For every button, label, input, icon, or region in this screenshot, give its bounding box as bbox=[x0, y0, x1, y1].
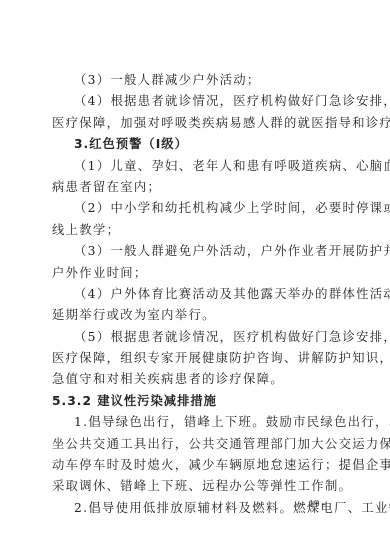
text-line: 1.倡导绿色出行，错峰上下班。鼓励市民绿色出行，尽量乘 bbox=[52, 412, 342, 433]
text-line: 2.倡导使用低排放原辅材料及燃料。燃煤电厂、工业锅炉等 bbox=[52, 498, 342, 519]
text-line: 户外作业时间； bbox=[52, 263, 342, 284]
text-line: （1）儿童、孕妇、老年人和患有呼吸道疾病、心脑血管疾 bbox=[52, 156, 342, 177]
text-line: 动车停车时及时熄火，减少车辆原地怠速运行；提倡企事业单位 bbox=[52, 455, 342, 476]
text-line: （3）一般人群减少户外活动； bbox=[52, 70, 342, 91]
text-line: 坐公共交通工具出行，公共交通管理部门加大公交运力保障；机 bbox=[52, 434, 342, 455]
page-number: - 19 - bbox=[302, 498, 326, 510]
text-line: （4）户外体育比赛活动及其他露天举办的群体性活动停办、 bbox=[52, 284, 342, 305]
text-line: （4）根据患者就诊情况，医疗机构做好门急诊安排，强化 bbox=[52, 91, 342, 112]
text-line: 医疗保障，加强对呼吸类疾病易感人群的就医指导和诊疗保障。 bbox=[52, 113, 342, 134]
text-line: （3）一般人群避免户外活动，户外作业者开展防护并缩短 bbox=[52, 241, 342, 262]
document-body: （3）一般人群减少户外活动； （4）根据患者就诊情况，医疗机构做好门急诊安排，强… bbox=[52, 70, 342, 519]
text-line: 线上教学； bbox=[52, 220, 342, 241]
subsection-heading: 5.3.2 建议性污染减排措施 bbox=[52, 391, 342, 412]
text-line: 医疗保障，组织专家开展健康防护咨询、讲解防护知识，加强应 bbox=[52, 348, 342, 369]
text-line: 急值守和对相关疾病患者的诊疗保障。 bbox=[52, 369, 342, 390]
text-line: （5）根据患者就诊情况，医疗机构做好门急诊安排，强化 bbox=[52, 327, 342, 348]
text-line: 病患者留在室内； bbox=[52, 177, 342, 198]
text-line: 采取调休、错峰上下班、远程办公等弹性工作制。 bbox=[52, 476, 342, 497]
text-line: 延期举行或改为室内举行。 bbox=[52, 305, 342, 326]
section-heading: 3.红色预警（I级） bbox=[52, 134, 342, 155]
text-line: （2）中小学和幼托机构减少上学时间，必要时停课或改为 bbox=[52, 198, 342, 219]
